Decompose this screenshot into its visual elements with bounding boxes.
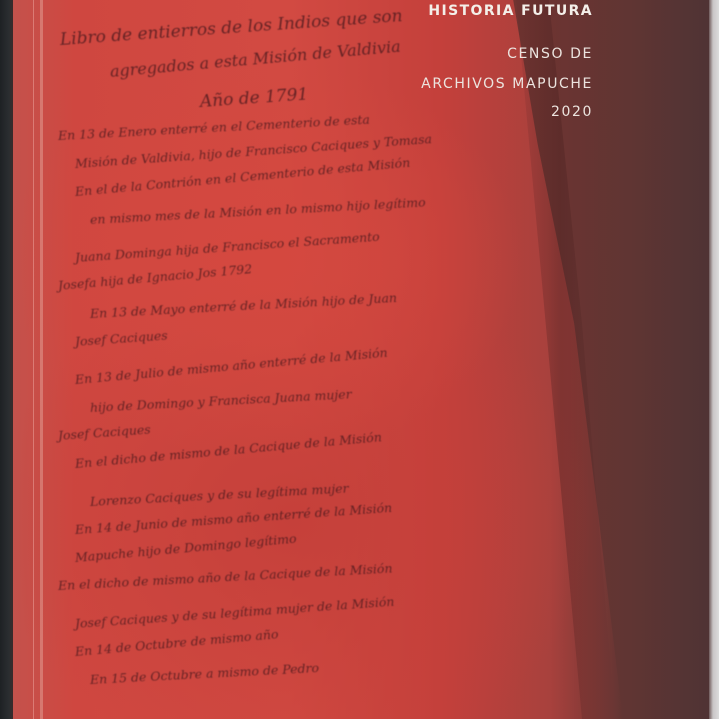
book-cover: Libro de entierros de los Indios que son… (0, 0, 719, 719)
cover-right-edge (709, 0, 719, 719)
series-title: HISTORIA FUTURA (428, 3, 593, 19)
subtitle-line-1: CENSO DE (507, 46, 593, 62)
subtitle-year: 2020 (551, 104, 593, 120)
cover-spine-edge (0, 0, 13, 719)
page-margin-line (33, 0, 34, 719)
page-margin-line (40, 0, 43, 719)
subtitle-line-2: ARCHIVOS MAPUCHE (421, 76, 593, 92)
